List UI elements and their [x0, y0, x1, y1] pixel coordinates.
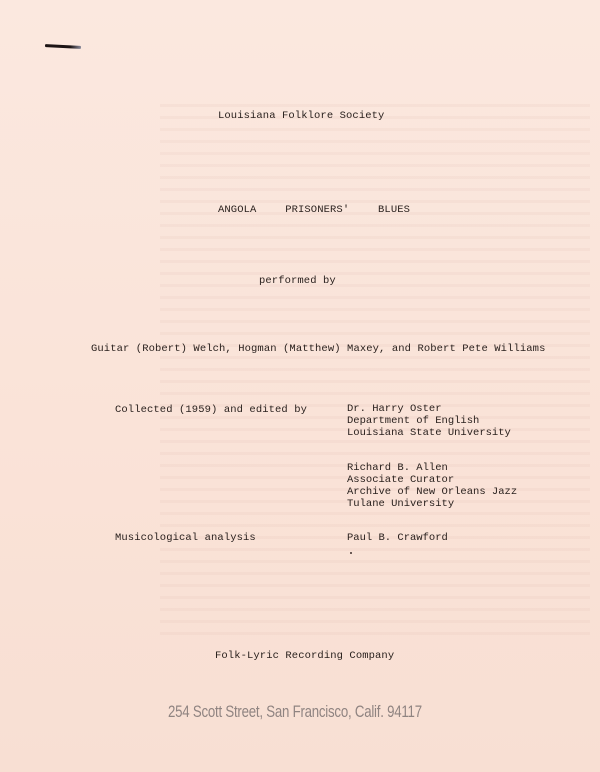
- credit-line: Department of English: [347, 415, 511, 427]
- ink-speck: [350, 552, 352, 554]
- credit-role-musicological: Musicological analysis: [115, 532, 256, 544]
- address-stamp: 254 Scott Street, San Francisco, Calif. …: [168, 702, 422, 722]
- credit-line: Tulane University: [347, 498, 517, 510]
- credit-crawford: Paul B. Crawford: [347, 532, 448, 544]
- document-page: Louisiana Folklore Society ANGOLA PRISON…: [0, 0, 600, 772]
- performers-line: Guitar (Robert) Welch, Hogman (Matthew) …: [91, 343, 545, 355]
- credit-line: Associate Curator: [347, 474, 517, 486]
- bleed-through-text: [160, 95, 590, 635]
- credit-allen: Richard B. Allen Associate Curator Archi…: [347, 462, 517, 510]
- pen-mark: [45, 44, 81, 49]
- credit-line: Richard B. Allen: [347, 462, 517, 474]
- performed-by-label: performed by: [259, 275, 336, 287]
- credit-line: Paul B. Crawford: [347, 532, 448, 544]
- document-title: ANGOLA PRISONERS' BLUES: [218, 204, 410, 216]
- credit-line: Louisiana State University: [347, 427, 511, 439]
- credit-line: Archive of New Orleans Jazz: [347, 486, 517, 498]
- credit-oster: Dr. Harry Oster Department of English Lo…: [347, 403, 511, 439]
- publisher-name: Folk-Lyric Recording Company: [215, 650, 394, 662]
- credit-line: Dr. Harry Oster: [347, 403, 511, 415]
- organization-heading: Louisiana Folklore Society: [218, 110, 384, 122]
- credit-role-collected: Collected (1959) and edited by: [115, 404, 307, 416]
